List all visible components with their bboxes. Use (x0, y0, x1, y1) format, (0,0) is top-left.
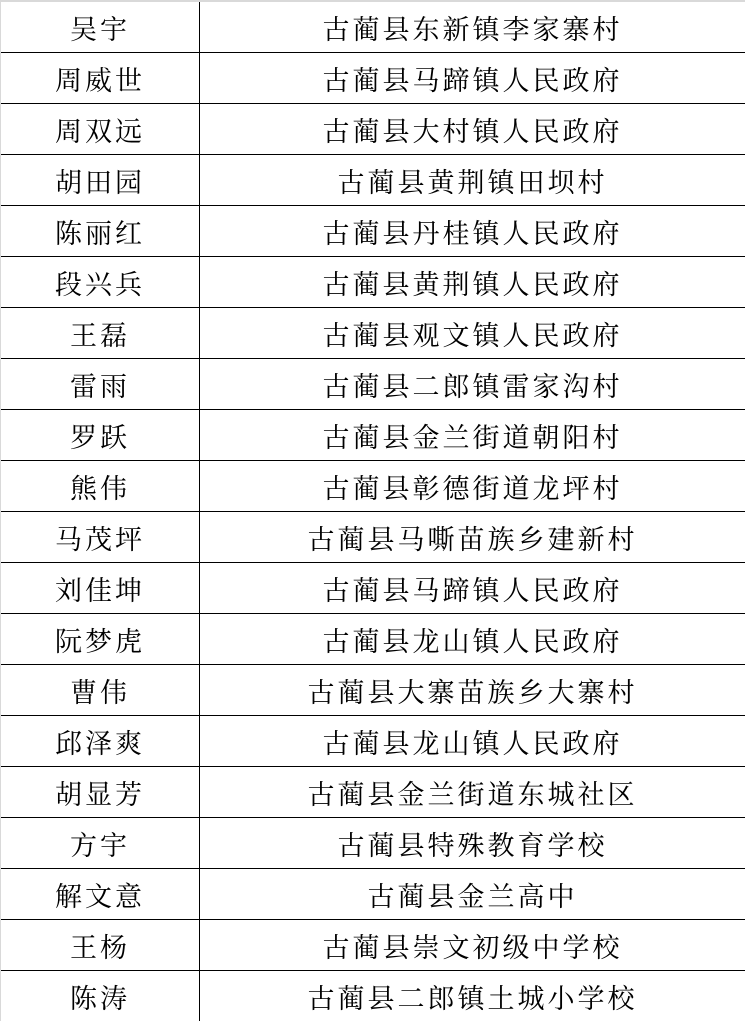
unit-cell: 古蔺县金兰高中 (200, 869, 745, 920)
name-cell: 陈丽红 (1, 206, 200, 257)
table-row: 段兴兵 古蔺县黄荆镇人民政府 (1, 257, 745, 308)
unit-cell: 古蔺县大寨苗族乡大寨村 (200, 665, 745, 716)
name-cell: 陈涛 (1, 971, 200, 1021)
table-row: 刘佳坤 古蔺县马蹄镇人民政府 (1, 563, 745, 614)
table-row: 陈丽红 古蔺县丹桂镇人民政府 (1, 206, 745, 257)
table-row: 胡田园 古蔺县黄荆镇田坝村 (1, 155, 745, 206)
unit-cell: 古蔺县二郎镇雷家沟村 (200, 359, 745, 410)
table-row: 方宇 古蔺县特殊教育学校 (1, 818, 745, 869)
table-row: 解文意 古蔺县金兰高中 (1, 869, 745, 920)
unit-cell: 古蔺县黄荆镇田坝村 (200, 155, 745, 206)
table-row: 马茂坪 古蔺县马嘶苗族乡建新村 (1, 512, 745, 563)
name-cell: 王磊 (1, 308, 200, 359)
name-cell: 罗跃 (1, 410, 200, 461)
roster-table: 吴宇 古蔺县东新镇李家寨村 周威世 古蔺县马蹄镇人民政府 周双远 古蔺县大村镇人… (1, 2, 745, 1021)
roster-table-body: 吴宇 古蔺县东新镇李家寨村 周威世 古蔺县马蹄镇人民政府 周双远 古蔺县大村镇人… (1, 2, 745, 1021)
table-row: 曹伟 古蔺县大寨苗族乡大寨村 (1, 665, 745, 716)
name-cell: 周威世 (1, 53, 200, 104)
unit-cell: 古蔺县大村镇人民政府 (200, 104, 745, 155)
table-row: 阮梦虎 古蔺县龙山镇人民政府 (1, 614, 745, 665)
name-cell: 雷雨 (1, 359, 200, 410)
unit-cell: 古蔺县黄荆镇人民政府 (200, 257, 745, 308)
name-cell: 胡显芳 (1, 767, 200, 818)
table-row: 罗跃 古蔺县金兰街道朝阳村 (1, 410, 745, 461)
unit-cell: 古蔺县龙山镇人民政府 (200, 716, 745, 767)
unit-cell: 古蔺县观文镇人民政府 (200, 308, 745, 359)
unit-cell: 古蔺县马嘶苗族乡建新村 (200, 512, 745, 563)
table-row: 吴宇 古蔺县东新镇李家寨村 (1, 2, 745, 53)
name-cell: 胡田园 (1, 155, 200, 206)
table-row: 周双远 古蔺县大村镇人民政府 (1, 104, 745, 155)
unit-cell: 古蔺县马蹄镇人民政府 (200, 563, 745, 614)
name-cell: 周双远 (1, 104, 200, 155)
name-cell: 吴宇 (1, 2, 200, 53)
name-cell: 解文意 (1, 869, 200, 920)
name-cell: 王杨 (1, 920, 200, 971)
table-row: 陈涛 古蔺县二郎镇土城小学校 (1, 971, 745, 1021)
unit-cell: 古蔺县东新镇李家寨村 (200, 2, 745, 53)
document-page: 吴宇 古蔺县东新镇李家寨村 周威世 古蔺县马蹄镇人民政府 周双远 古蔺县大村镇人… (0, 0, 745, 1021)
name-cell: 阮梦虎 (1, 614, 200, 665)
name-cell: 方宇 (1, 818, 200, 869)
unit-cell: 古蔺县特殊教育学校 (200, 818, 745, 869)
table-row: 胡显芳 古蔺县金兰街道东城社区 (1, 767, 745, 818)
table-row: 王杨 古蔺县崇文初级中学校 (1, 920, 745, 971)
name-cell: 马茂坪 (1, 512, 200, 563)
unit-cell: 古蔺县彰德街道龙坪村 (200, 461, 745, 512)
table-row: 周威世 古蔺县马蹄镇人民政府 (1, 53, 745, 104)
unit-cell: 古蔺县崇文初级中学校 (200, 920, 745, 971)
table-row: 熊伟 古蔺县彰德街道龙坪村 (1, 461, 745, 512)
name-cell: 熊伟 (1, 461, 200, 512)
table-row: 雷雨 古蔺县二郎镇雷家沟村 (1, 359, 745, 410)
unit-cell: 古蔺县金兰街道朝阳村 (200, 410, 745, 461)
unit-cell: 古蔺县马蹄镇人民政府 (200, 53, 745, 104)
name-cell: 段兴兵 (1, 257, 200, 308)
table-row: 王磊 古蔺县观文镇人民政府 (1, 308, 745, 359)
table-row: 邱泽爽 古蔺县龙山镇人民政府 (1, 716, 745, 767)
name-cell: 邱泽爽 (1, 716, 200, 767)
unit-cell: 古蔺县丹桂镇人民政府 (200, 206, 745, 257)
name-cell: 刘佳坤 (1, 563, 200, 614)
unit-cell: 古蔺县金兰街道东城社区 (200, 767, 745, 818)
unit-cell: 古蔺县二郎镇土城小学校 (200, 971, 745, 1021)
unit-cell: 古蔺县龙山镇人民政府 (200, 614, 745, 665)
name-cell: 曹伟 (1, 665, 200, 716)
